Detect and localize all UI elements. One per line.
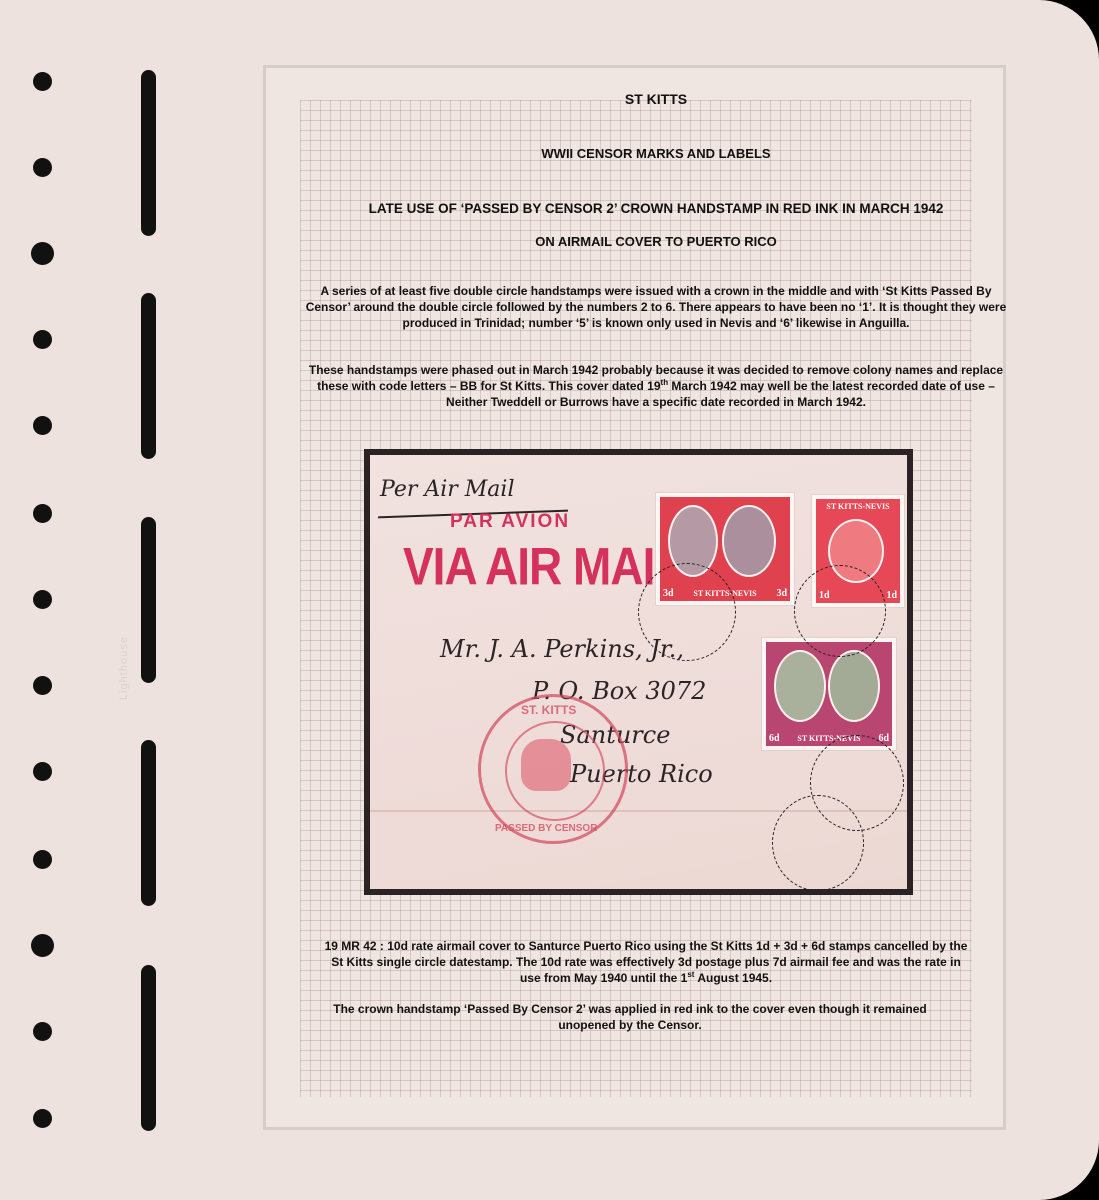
postmark (772, 795, 864, 889)
page-subtitle: WWII CENSOR MARKS AND LABELS (300, 146, 1012, 161)
page-title: ST KITTS (300, 91, 1012, 107)
exhibit-heading: LATE USE OF ‘PASSED BY CENSOR 2’ CROWN H… (300, 201, 1012, 216)
stamp-value: 3d (776, 588, 787, 599)
binder-slot (141, 293, 156, 459)
binder-hole (31, 934, 54, 957)
exhibit-subheading: ON AIRMAIL COVER TO PUERTO RICO (300, 234, 1012, 249)
address-line: Mr. J. A. Perkins, Jr., (440, 635, 684, 663)
binder-hole (33, 1109, 52, 1128)
binder-slot (141, 740, 156, 906)
censor-top-text: ST. KITTS (521, 703, 576, 717)
binder-hole (33, 850, 52, 869)
censor-bottom-text: PASSED BY CENSOR (495, 823, 597, 834)
binder-hole (33, 676, 52, 695)
binder-hole (31, 242, 54, 265)
binder-slot (141, 517, 156, 683)
ordinal-suffix: th (661, 378, 669, 387)
binder-hole (33, 416, 52, 435)
postmark (794, 565, 886, 657)
binder-hole (33, 762, 52, 781)
stamp-country: ST KITTS-NEVIS (816, 502, 900, 511)
album-page: Lighthouse ST KITTS WWII CENSOR MARKS AN… (0, 0, 1099, 1200)
stamp-value: 1d (886, 590, 897, 601)
binder-hole (33, 72, 52, 91)
par-avion-cachet: PAR AVION (450, 511, 570, 533)
intro-paragraph-1: A series of at least five double circle … (300, 283, 1012, 331)
binder-hole (33, 1022, 52, 1041)
binder-hole (33, 504, 52, 523)
censor-handstamp: ST. KITTS PASSED BY CENSOR (478, 694, 628, 844)
crown-icon (521, 739, 571, 791)
binder-slot (141, 965, 156, 1131)
caption-text-end: August 1945. (694, 971, 772, 985)
badge-icon (828, 650, 880, 722)
watermark: Lighthouse (118, 500, 138, 700)
caption-paragraph-2: The crown handstamp ‘Passed By Censor 2’… (310, 1001, 950, 1033)
manuscript-endorsement: Per Air Mail (380, 477, 515, 502)
binder-slot (141, 70, 156, 236)
king-portrait-icon (774, 650, 826, 722)
airmail-cover-image: Per Air Mail PAR AVION VIA AIR MAIL 3d S… (370, 455, 907, 889)
caption-text: 19 MR 42 : 10d rate airmail cover to San… (325, 939, 968, 985)
binder-hole (33, 590, 52, 609)
badge-icon (722, 505, 776, 577)
intro-paragraph-2: These handstamps were phased out in Marc… (300, 362, 1012, 410)
binder-hole (33, 158, 52, 177)
caption-paragraph-1: 19 MR 42 : 10d rate airmail cover to San… (320, 938, 972, 986)
via-air-mail-cachet: VIA AIR MAIL (403, 535, 681, 597)
binder-hole (33, 330, 52, 349)
